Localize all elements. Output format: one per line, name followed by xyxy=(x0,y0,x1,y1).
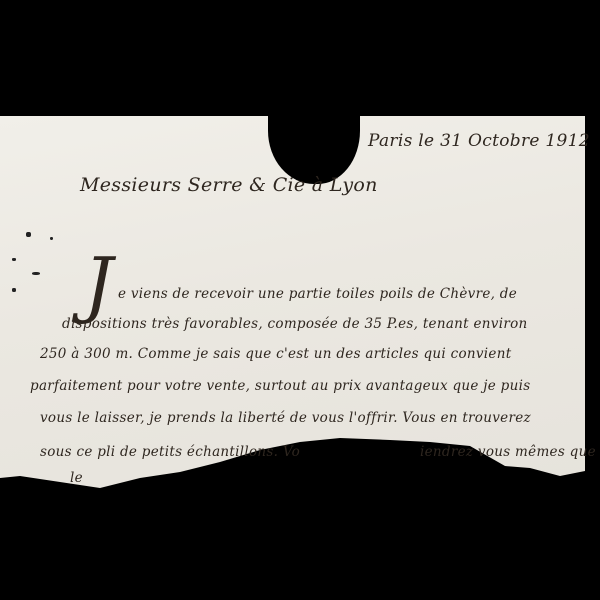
body-line: dispositions très favorables, composée d… xyxy=(62,316,528,332)
body-line: vous le laisser, je prends la liberté de… xyxy=(40,410,531,426)
initial-letter: J xyxy=(84,248,113,320)
ink-spot xyxy=(12,258,16,261)
body-line: sous ce pli de petits échantillons. Vo xyxy=(40,444,300,460)
body-line: le xyxy=(70,470,83,486)
body-line: e viens de recevoir une partie toiles po… xyxy=(118,286,517,302)
ink-spot xyxy=(32,272,40,275)
ink-spot xyxy=(50,237,53,240)
letter-dateline: Paris le 31 Octobre 1912 xyxy=(368,131,590,151)
ink-spot xyxy=(12,288,16,292)
body-line: 250 à 300 m. Comme je sais que c'est un … xyxy=(40,346,511,362)
body-line: iendrez vous mêmes que xyxy=(420,444,596,460)
ink-spot xyxy=(26,232,31,237)
letter-salutation: Messieurs Serre & Cie à Lyon xyxy=(80,174,378,196)
body-line: parfaitement pour votre vente, surtout a… xyxy=(30,378,530,394)
